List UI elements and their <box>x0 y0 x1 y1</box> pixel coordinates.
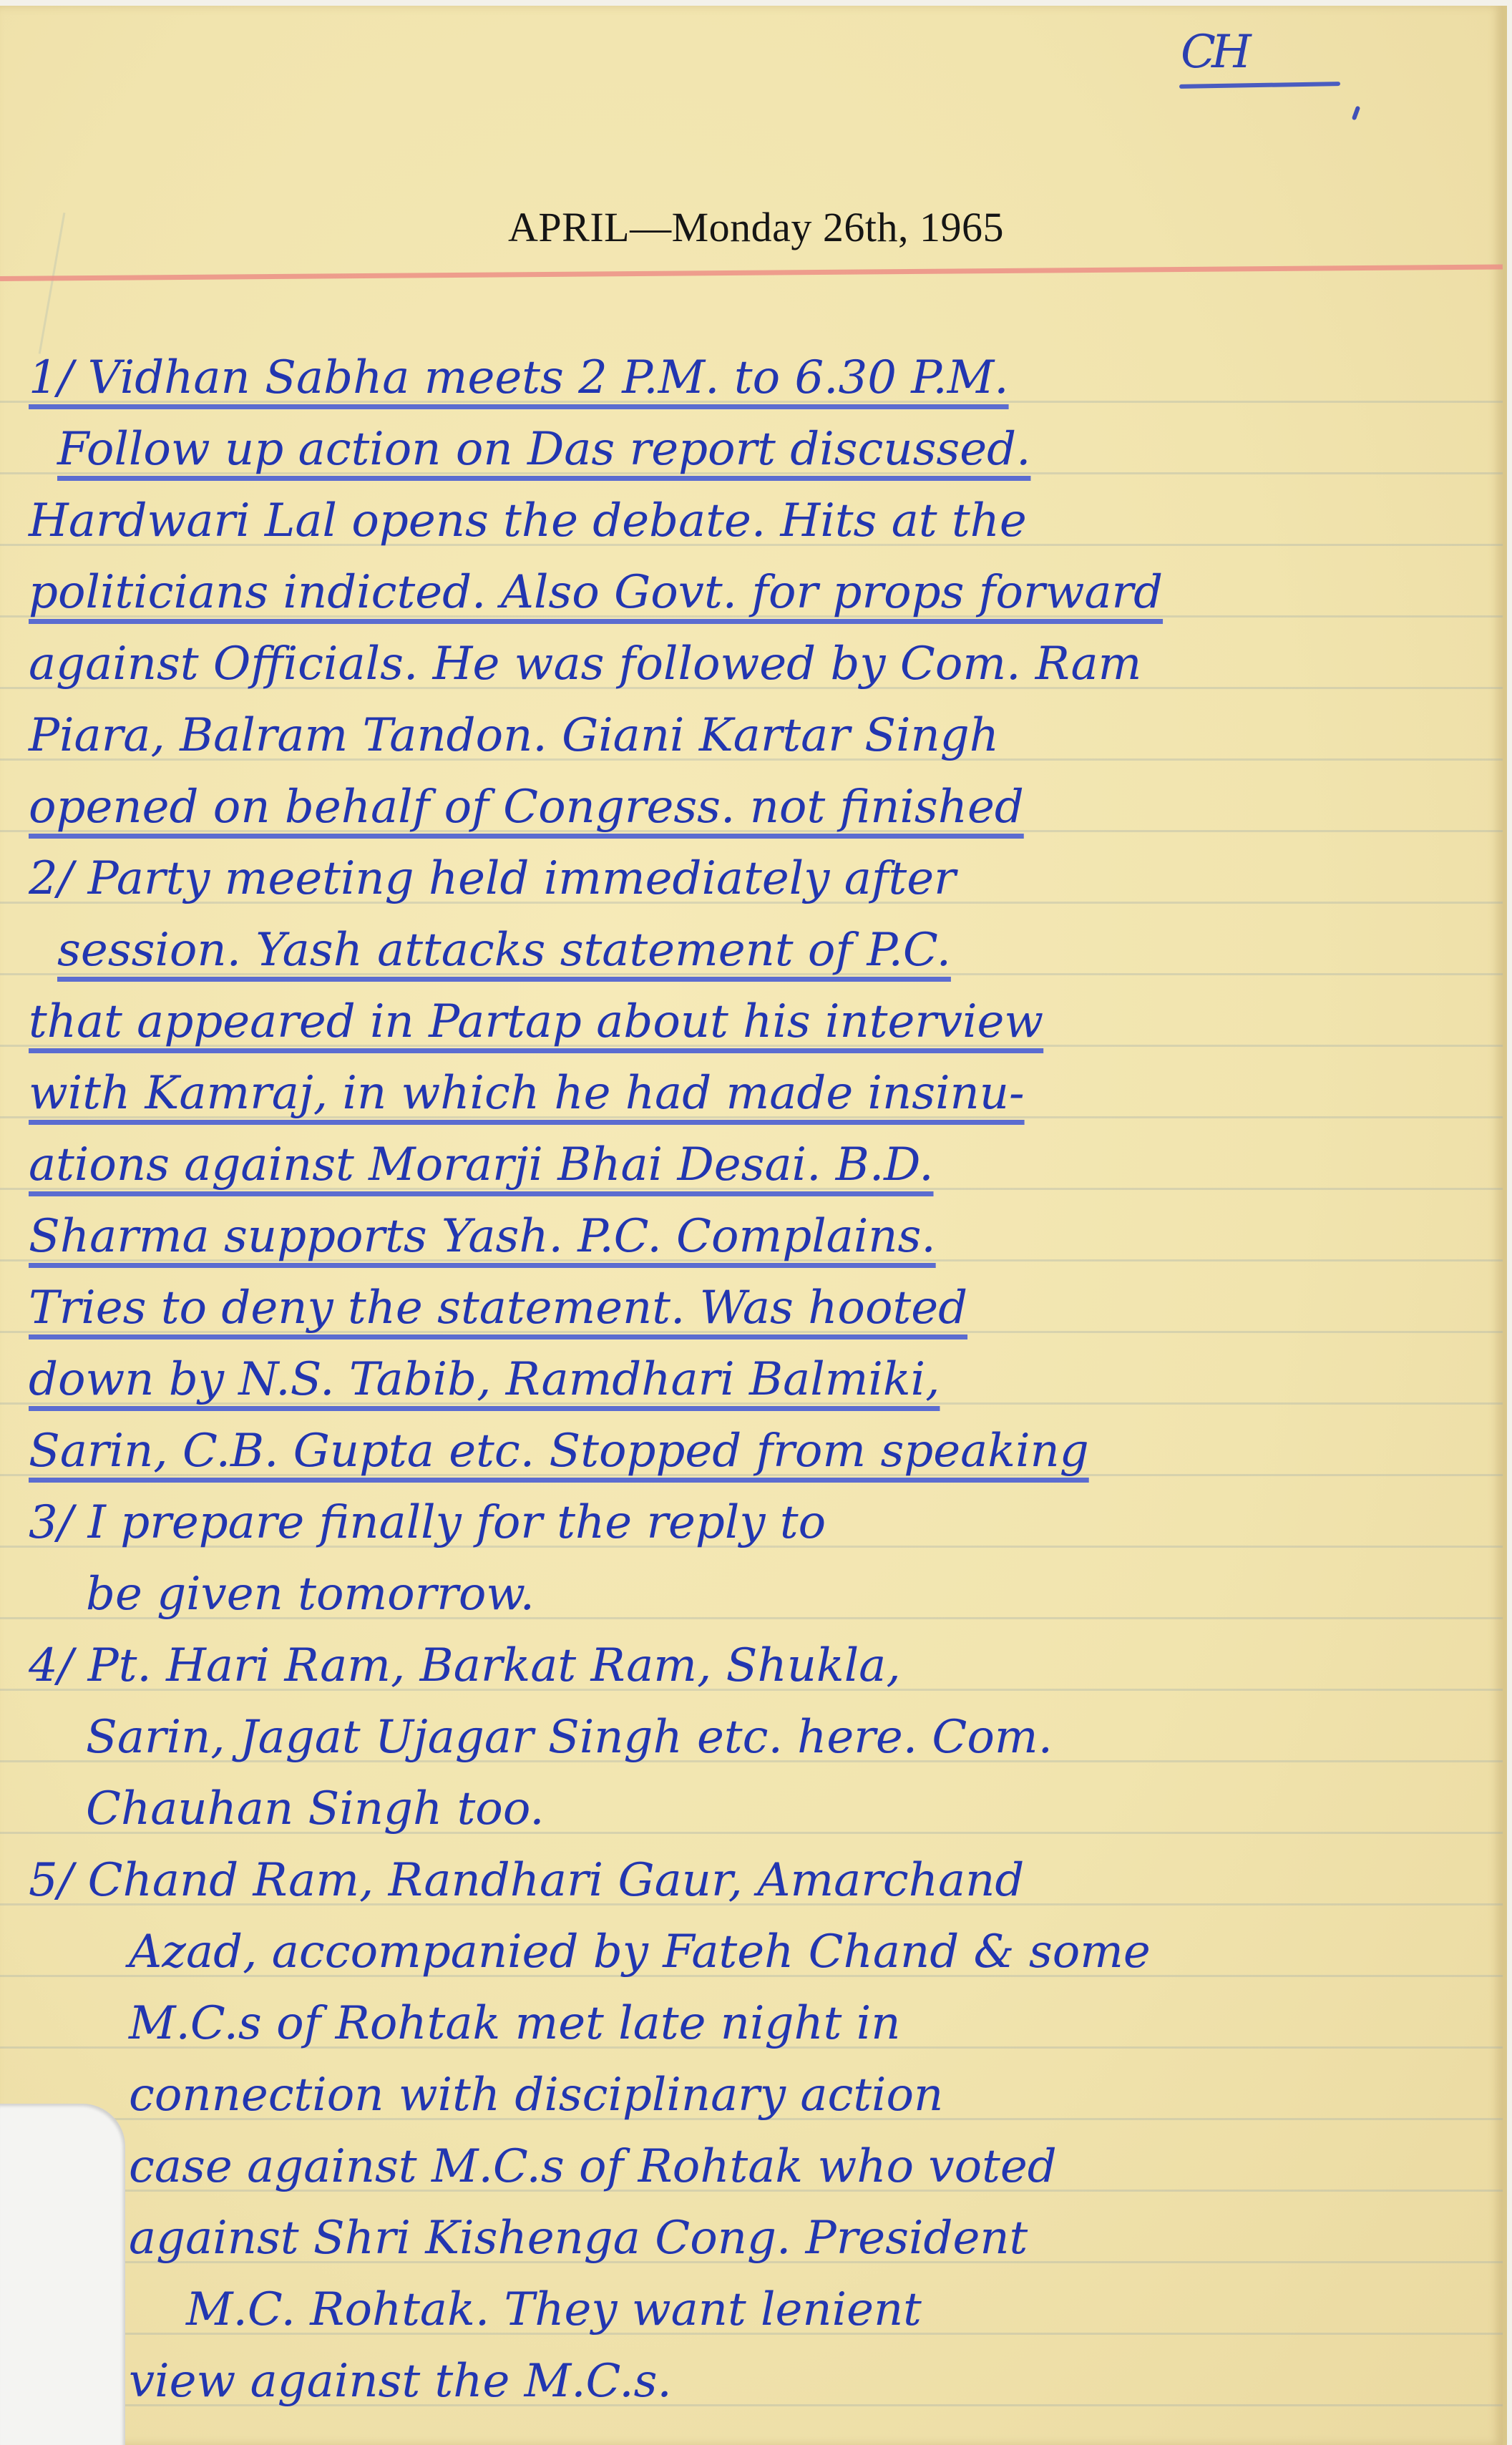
note-line: 3/ I prepare finally for the reply to <box>29 1487 1467 1558</box>
printed-date-header: APRIL—Monday 26th, 1965 <box>0 203 1512 251</box>
handwritten-notes: 1/ Vidhan Sabha meets 2 P.M. to 6.30 P.M… <box>29 342 1467 2417</box>
note-line: against Shri Kishenga Cong. President <box>29 2202 1467 2274</box>
note-line: 1/ Vidhan Sabha meets 2 P.M. to 6.30 P.M… <box>29 342 1467 414</box>
note-line: opened on behalf of Congress. not finish… <box>29 771 1467 843</box>
note-line: 4/ Pt. Hari Ram, Barkat Ram, Shukla, <box>29 1630 1467 1702</box>
note-line: M.C. Rohtak. They want lenient <box>29 2274 1467 2346</box>
note-line: view against the M.C.s. <box>29 2346 1467 2417</box>
note-line: with Kamraj, in which he had made insinu… <box>29 1058 1467 1129</box>
corner-initials: CH <box>1181 26 1247 79</box>
note-line: 2/ Party meeting held immediately after <box>29 843 1467 914</box>
note-line: Sharma supports Yash. P.C. Complains. <box>29 1201 1467 1272</box>
note-line: Tries to deny the statement. Was hooted <box>29 1272 1467 1344</box>
note-line: connection with disciplinary action <box>29 2059 1467 2131</box>
red-margin-rule <box>0 265 1503 281</box>
note-line: be given tomorrow. <box>29 1558 1467 1630</box>
page-corner-cutout <box>0 2104 125 2445</box>
note-line: Sarin, Jagat Ujagar Singh etc. here. Com… <box>29 1702 1467 1773</box>
ink-mark <box>1352 106 1360 121</box>
note-line: that appeared in Partap about his interv… <box>29 986 1467 1058</box>
note-line: Piara, Balram Tandon. Giani Kartar Singh <box>29 700 1467 771</box>
note-line: 5/ Chand Ram, Randhari Gaur, Amarchand <box>29 1845 1467 1916</box>
note-line: against Officials. He was followed by Co… <box>29 628 1467 700</box>
note-line: Follow up action on Das report discussed… <box>29 414 1467 485</box>
note-line: Azad, accompanied by Fateh Chand & some <box>29 1916 1467 1988</box>
note-line: politicians indicted. Also Govt. for pro… <box>29 557 1467 628</box>
diary-page: CH APRIL—Monday 26th, 1965 1/ Vidhan Sab… <box>0 6 1507 2445</box>
corner-initials-underline <box>1179 82 1340 89</box>
note-line: session. Yash attacks statement of P.C. <box>29 914 1467 986</box>
note-line: Sarin, C.B. Gupta etc. Stopped from spea… <box>29 1415 1467 1487</box>
note-line: Hardwari Lal opens the debate. Hits at t… <box>29 485 1467 557</box>
note-line: M.C.s of Rohtak met late night in <box>29 1988 1467 2059</box>
note-line: Chauhan Singh too. <box>29 1773 1467 1845</box>
note-line: down by N.S. Tabib, Ramdhari Balmiki, <box>29 1344 1467 1415</box>
note-line: case against M.C.s of Rohtak who voted <box>29 2131 1467 2202</box>
note-line: ations against Morarji Bhai Desai. B.D. <box>29 1129 1467 1201</box>
